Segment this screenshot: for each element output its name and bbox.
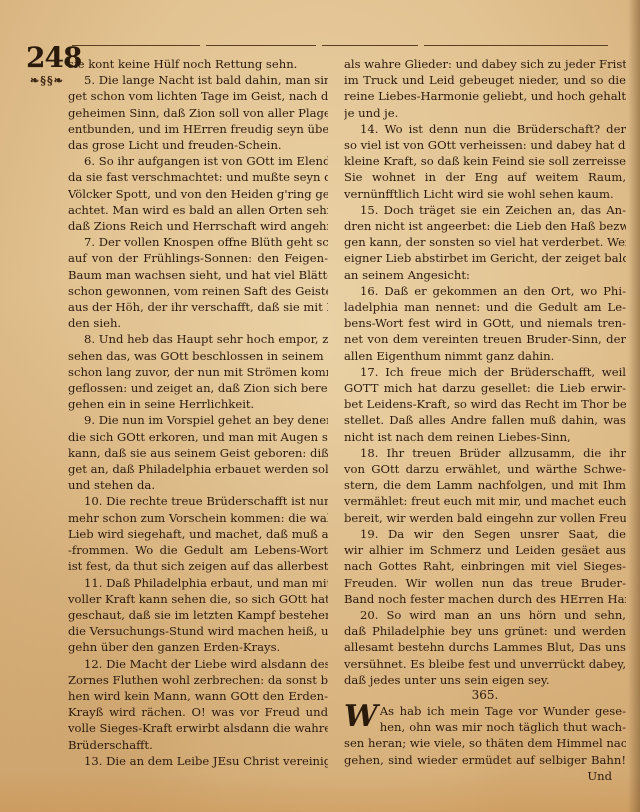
right-column: als wahre Glieder: und dabey sich zu jed… (344, 56, 626, 784)
verse-line: versühnet. Es bleibe fest und unverrückt… (344, 656, 626, 672)
verse-line: bet Leidens-Kraft, so wird das Recht im … (344, 396, 626, 412)
verse-line: sie kont keine Hülf noch Rettung sehn. (68, 56, 328, 72)
verse-line: vernünfftlich Licht wird sie wohl sehen … (344, 186, 626, 202)
verse-line: Völcker Spott, und von den Heiden g'ring… (68, 186, 328, 202)
verse-line: dren nicht ist angeerbet: die Lieb den H… (344, 218, 626, 234)
verse-line: get an, daß Philadelphia erbauet werden … (68, 461, 328, 477)
verse-line: -frommen. Wo die Gedult am Lebens-Wort (68, 542, 328, 558)
verse-line: 11. Daß Philadelphia erbaut, und man mit (68, 575, 328, 591)
header-rule (206, 45, 316, 46)
verse-line: 16. Daß er gekommen an den Ort, wo Phi- (344, 283, 626, 299)
hymn-opening: W As hab ich mein Tage vor Wunder gese- … (344, 703, 626, 735)
verse-line: bens-Wort fest wird in GOtt, und niemals… (344, 315, 626, 331)
verse-line: so viel ist von GOtt verheissen: und dab… (344, 137, 626, 153)
verse-line: ist fest, da thut sich zeigen auf das al… (68, 558, 328, 574)
verse-line: get schon vom lichten Tage im Geist, nac… (68, 88, 328, 104)
verse-line: die Versuchungs-Stund wird machen heiß, … (68, 623, 328, 639)
verse-line: nach Gottes Raht, einbringen mit viel Si… (344, 558, 626, 574)
verse-line: reine Liebes-Harmonie geliebt, und hoch … (344, 88, 626, 104)
verse-line: geflossen: und zeiget an, daß Zion sich … (68, 380, 328, 396)
verse-line: net von dem vereinten treuen Bruder-Sinn… (344, 331, 626, 347)
header-rule (72, 45, 200, 46)
verse-line: stellet. Daß alles Andre fallen muß dahi… (344, 412, 626, 428)
verse-line: schon gewonnen, vom reinen Saft des Geis… (68, 283, 328, 299)
left-column: sie kont keine Hülf noch Rettung sehn.5.… (68, 56, 328, 769)
verse-line: aus der Höh, der ihr verschafft, daß sie… (68, 299, 328, 315)
verse-line: gehen, sind wieder ermüdet auf selbiger … (344, 752, 626, 768)
verse-line: sen heran; wie viele, so thäten dem Himm… (344, 735, 626, 751)
verse-line: As hab ich mein Tage vor Wunder gese- (380, 703, 626, 719)
verse-line: 14. Wo ist denn nun die Brüderschaft? de… (344, 121, 626, 137)
verse-line: 18. Ihr treuen Brüder allzusamm, die ihr (344, 445, 626, 461)
verse-line: nicht ist nach dem reinen Liebes-Sinn, (344, 429, 626, 445)
verse-line: Brüderschafft. (68, 737, 328, 753)
verse-line: 9. Die nun im Vorspiel gehet an bey dene… (68, 412, 328, 428)
verse-line: Lieb wird siegehaft, und machet, daß muß… (68, 526, 328, 542)
verse-line: wir alhier im Schmerz und Leiden gesäet … (344, 542, 626, 558)
verse-line: stern, die dem Lamm nachfolgen, und mit … (344, 477, 626, 493)
verse-line: hen, ohn was mir noch täglich thut wach- (380, 719, 626, 735)
verse-line: ladelphia man nennet: und die Gedult am … (344, 299, 626, 315)
verse-line: Zornes Fluthen wohl zerbrechen: da sonst… (68, 672, 328, 688)
verse-line: 12. Die Macht der Liebe wird alsdann des (68, 656, 328, 672)
verse-line: auf von der Frühlings-Sonnen: den Feigen… (68, 250, 328, 266)
verse-line: Sie wohnet in der Eng auf weitem Raum, (344, 169, 626, 185)
verse-line: je und je. (344, 105, 626, 121)
verse-line: kann, daß sie aus seinem Geist geboren: … (68, 445, 328, 461)
verse-line: entbunden, und im HErren freudig seyn üb… (68, 121, 328, 137)
verse-line: 19. Da wir den Segen unsrer Saat, die (344, 526, 626, 542)
right-column-verses: als wahre Glieder: und dabey sich zu jed… (344, 56, 626, 688)
verse-line: eigner Lieb abstirbet im Gericht, der ze… (344, 250, 626, 266)
verse-line: daß Zions Reich und Herrschaft wird ange… (68, 218, 328, 234)
verse-line: im Truck und Leid gebeuget nieder, und s… (344, 72, 626, 88)
verse-line: Freuden. Wir wollen nun das treue Bruder… (344, 575, 626, 591)
verse-line: 8. Und heb das Haupt sehr hoch empor, zu (68, 331, 328, 347)
verse-line: 15. Doch träget sie ein Zeichen an, das … (344, 202, 626, 218)
verse-line: 17. Ich freue mich der Brüderschafft, we… (344, 364, 626, 380)
header-rule (322, 45, 418, 46)
verse-line: vermählet: freut euch mit mir, und mache… (344, 493, 626, 509)
verse-line: die sich GOtt erkoren, und man mit Augen… (68, 429, 328, 445)
verse-line: 6. So ihr aufgangen ist von GOtt im Elen… (68, 153, 328, 169)
verse-line: gen kann, der sonsten so viel hat verder… (344, 234, 626, 250)
verse-line: daß jedes unter uns sein eigen sey. (344, 672, 626, 688)
verse-line: kleine Kraft, so daß kein Feind sie soll… (344, 153, 626, 169)
verse-line: gehn über den ganzen Erden-Krays. (68, 639, 328, 655)
header-rule (424, 45, 608, 46)
hymnal-page: 248 ❧§§❧ sie kont keine Hülf noch Rettun… (0, 0, 640, 812)
verse-line: allen Eigenthum nimmt ganz dahin. (344, 348, 626, 364)
verse-line: geheimen Sinn, daß Zion soll von aller P… (68, 105, 328, 121)
verse-line: 13. Die an dem Leibe JEsu Christ vereini… (68, 753, 328, 769)
verse-line: 20. So wird man an uns hörn und sehn, (344, 607, 626, 623)
verse-line: 7. Der vollen Knospen offne Blüth geht s… (68, 234, 328, 250)
verse-line: daß Philadelphie bey uns grünet: und wer… (344, 623, 626, 639)
verse-line: als wahre Glieder: und dabey sich zu jed… (344, 56, 626, 72)
catchword: Und (344, 768, 626, 784)
verse-line: Baum man wachsen sieht, und hat viel Blä… (68, 267, 328, 283)
verse-line: den sieh. (68, 315, 328, 331)
hymn-number: 365. (344, 688, 626, 703)
fleuron-ornament-icon: ❧§§❧ (30, 74, 64, 87)
verse-line: GOTT mich hat darzu gesellet: die Lieb e… (344, 380, 626, 396)
verse-line: mehr schon zum Vorschein kommen: die wah… (68, 510, 328, 526)
verse-line: von GOtt darzu erwählet, und wärthe Schw… (344, 461, 626, 477)
verse-line: 10. Die rechte treue Brüderschafft ist n… (68, 493, 328, 509)
verse-line: allesamt bestehn durchs Lammes Blut, Das… (344, 639, 626, 655)
verse-line: Band noch fester machen durch des HErren… (344, 591, 626, 607)
verse-line: bereit, wir werden bald eingehn zur voll… (344, 510, 626, 526)
verse-line: sehen das, was GOtt beschlossen in seine… (68, 348, 328, 364)
verse-line: schon lang zuvor, der nun mit Strömen ko… (68, 364, 328, 380)
verse-line: und stehen da. (68, 477, 328, 493)
verse-line: achtet. Man wird es bald an allen Orten … (68, 202, 328, 218)
drop-cap: W (344, 703, 378, 731)
verse-line: gehen ein in seine Herrlichkeit. (68, 396, 328, 412)
verse-line: Krayß wird rächen. O! was vor Freud und (68, 704, 328, 720)
verse-line: hen wird kein Mann, wann GOtt den Erden- (68, 688, 328, 704)
verse-line: volle Sieges-Kraft erwirbt alsdann die w… (68, 720, 328, 736)
verse-line: da sie fast verschmachtet: und mußte sey… (68, 169, 328, 185)
verse-line: voller Kraft kann sehen die, so sich GOt… (68, 591, 328, 607)
verse-line: 5. Die lange Nacht ist bald dahin, man s… (68, 72, 328, 88)
verse-line: an seinem Angesicht: (344, 267, 626, 283)
verse-line: das grose Licht und freuden-Schein. (68, 137, 328, 153)
verse-line: geschaut, daß sie im letzten Kampf beste… (68, 607, 328, 623)
